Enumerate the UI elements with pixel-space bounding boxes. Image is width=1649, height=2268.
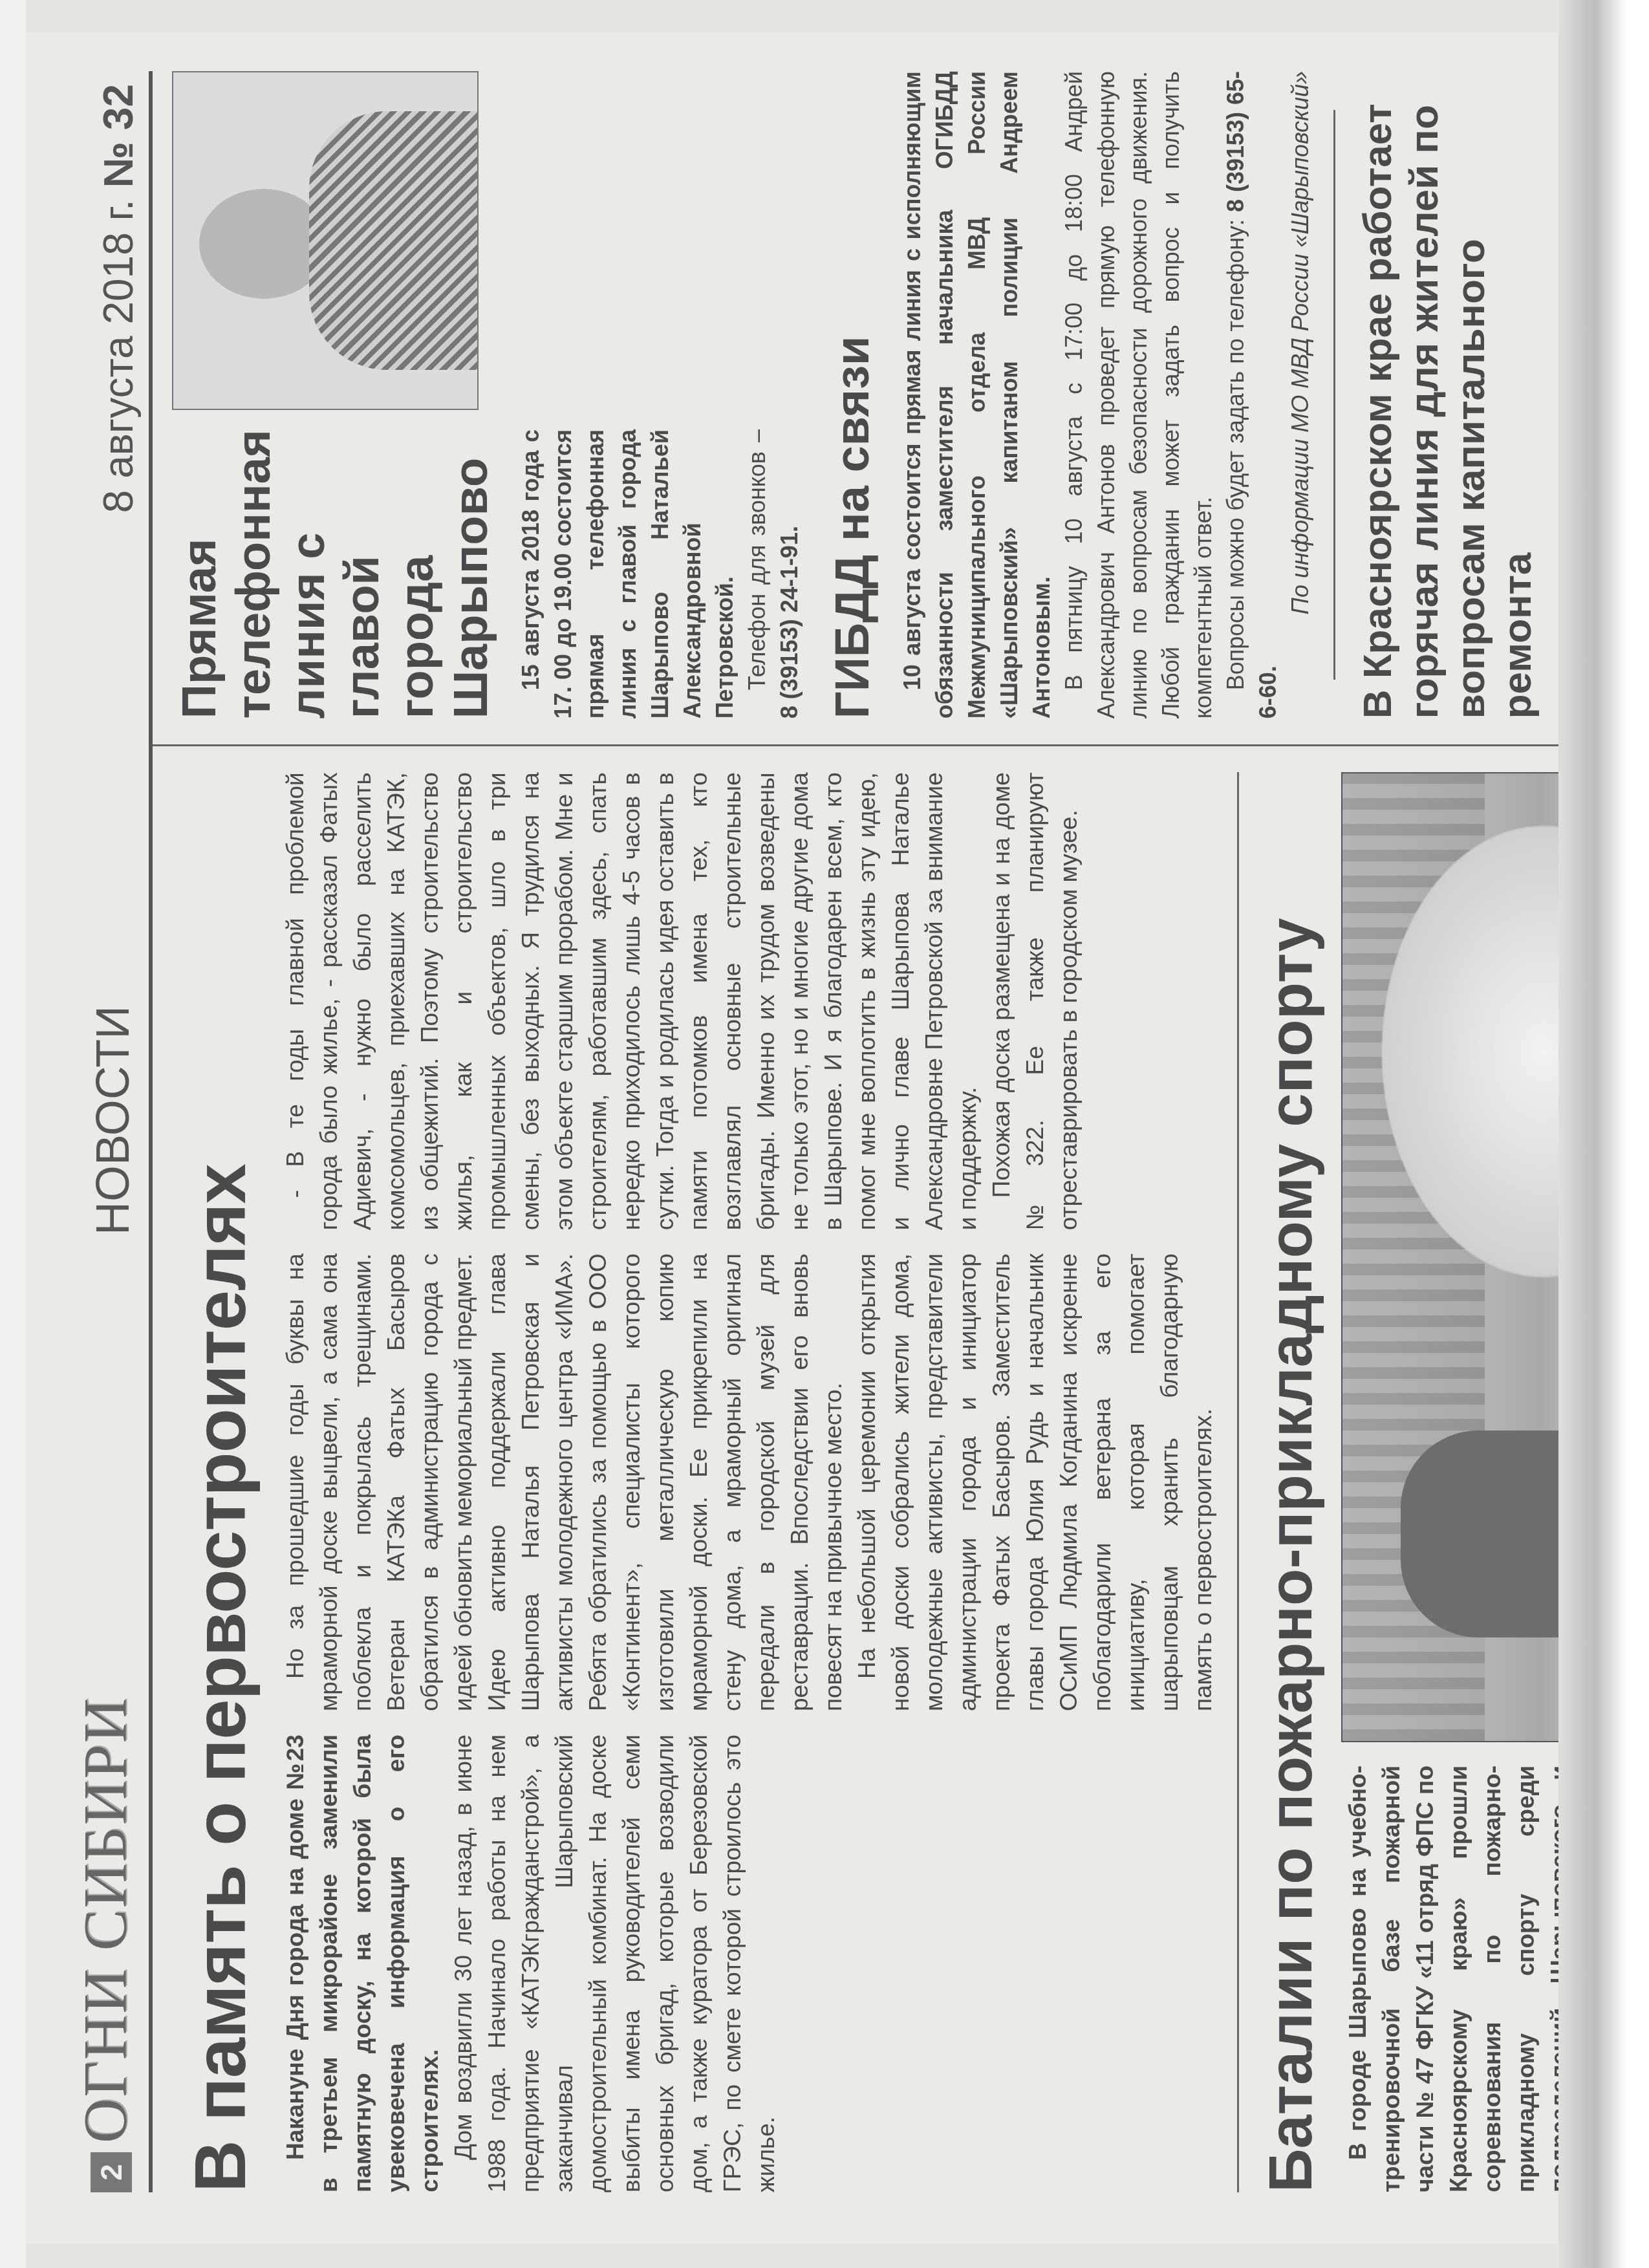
gibdd-body: 10 августа состоится прямая линия с испо… [896, 71, 1317, 718]
page-content: В память о первостроителях Накануне Дня … [153, 71, 1588, 2192]
paper-name: ОГНИ СИБИРИ [69, 1697, 141, 2143]
phone-line-body: 15 августа 2018 года с 17. 00 до 19.00 с… [515, 429, 806, 718]
article1-col-2: Но за прошедшие годы буквы на мраморной … [279, 1253, 1220, 1711]
capital-repair-title: В Красноярском крае работает горячая лин… [1355, 71, 1541, 718]
article1-paragraph: Похожая доска размещена и на доме №322. … [985, 772, 1086, 1230]
mayor-portrait [172, 71, 479, 410]
article1-body: Накануне Дня города на доме №23 в третье… [279, 772, 1220, 2192]
sidebar-item-gibdd: ГИБДД на связи 10 августа состоится прям… [825, 71, 1335, 718]
scan-shadow-edge [1558, 0, 1649, 2268]
page-number: 2 [91, 2152, 132, 2192]
newspaper-page: 2 ОГНИ СИБИРИ НОВОСТИ 8 августа 2018 г. … [26, 32, 1604, 2244]
side-column: Прямая телефонная линия с главой города … [153, 71, 1588, 744]
issue-date: 8 августа 2018 г. № 32 [94, 84, 142, 513]
scan-margin-left [0, 0, 26, 2268]
section-name: НОВОСТИ [87, 1006, 140, 1235]
phone-line-title: Прямая телефонная линия с главой города … [172, 429, 498, 718]
gibdd-lead: 10 августа состоится прямая линия с испо… [896, 71, 1058, 718]
phone-line-lead: 15 августа 2018 года с 17. 00 до 19.00 с… [515, 429, 741, 718]
masthead: 2 ОГНИ СИБИРИ НОВОСТИ 8 августа 2018 г. … [52, 71, 153, 2192]
article1-col-3: - В те годы главной проблемой города был… [279, 772, 1220, 1230]
gibdd-text: В пятницу 10 августа с 17:00 до 18:00 Ан… [1058, 71, 1220, 718]
article-divider [1237, 772, 1239, 2192]
date: 8 августа 2018 г. [95, 199, 142, 513]
main-column: В память о первостроителях Накануне Дня … [153, 744, 1588, 2192]
gibdd-title: ГИБДД на связи [825, 71, 879, 718]
article1-paragraph: - В те годы главной проблемой города был… [279, 772, 985, 1230]
gibdd-phone: Вопросы можно будет задать по телефону: … [1220, 71, 1284, 718]
sidebar-divider [1333, 110, 1335, 680]
portrait-body [309, 111, 479, 370]
phone-line-phone: Телефон для звонков – 8 (39153) 24-1-91. [741, 429, 806, 718]
phone-line-text: Прямая телефонная линия с главой города … [153, 429, 806, 718]
article1-lead: Накануне Дня города на доме №23 в третье… [279, 1734, 447, 2192]
article2-title: Баталии по пожарно-прикладному спорту [1256, 772, 1326, 2192]
sidebar-item-phone-line: Прямая телефонная линия с главой города … [153, 71, 806, 718]
phone-label: Телефон для звонков – [744, 429, 770, 690]
article1-title: В память о первостроителях [178, 772, 262, 2192]
article1-paragraph: Дом воздвигли 30 лет назад, в июне 1988 … [447, 1734, 783, 2192]
gibdd-phone-label: Вопросы можно будет задать по телефону: [1222, 219, 1249, 690]
article1-paragraph: На небольшой церемонии открытия новой до… [850, 1253, 1220, 1711]
article1-paragraph: Но за прошедшие годы буквы на мраморной … [279, 1253, 850, 1711]
gibdd-source: По информации МО МВД России «Шарыповский… [1284, 71, 1317, 718]
phone-number: 8 (39153) 24-1-91. [776, 526, 803, 718]
article1-col-1: Накануне Дня города на доме №23 в третье… [279, 1734, 1220, 2192]
issue-number: № 32 [95, 84, 142, 188]
